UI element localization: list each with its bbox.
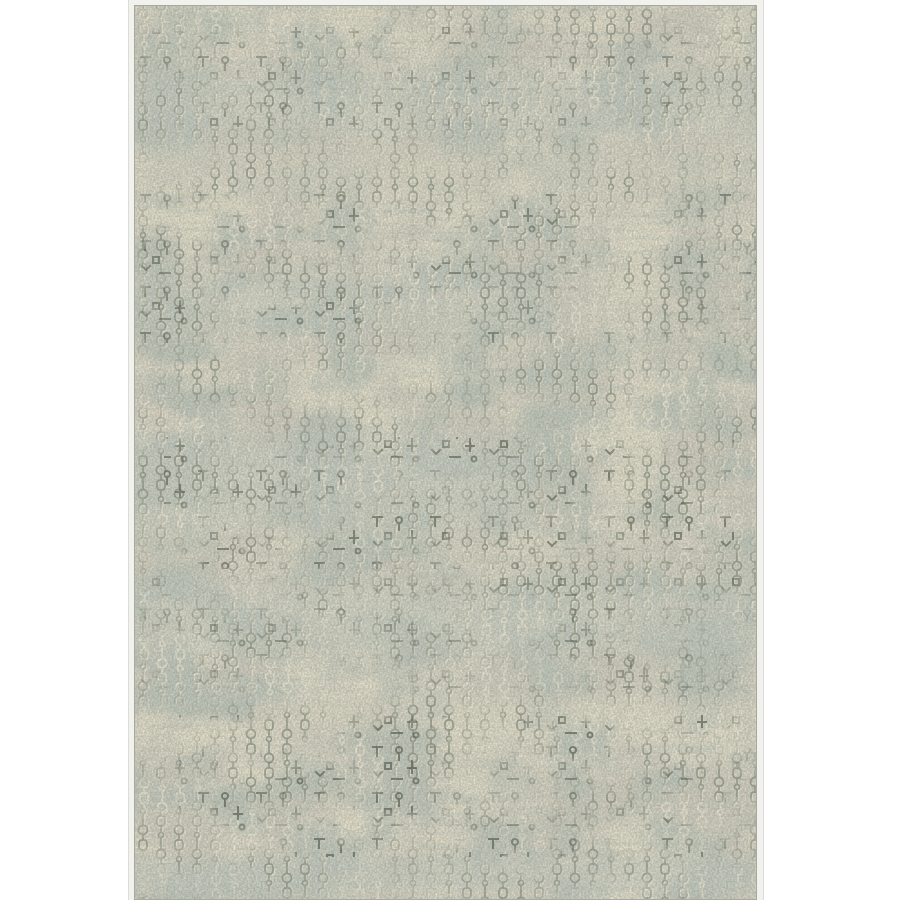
rug-image <box>134 5 757 900</box>
rug-texture-svg <box>134 5 757 900</box>
product-photo-canvas: Abstract distressed trellis area rug in … <box>0 0 900 900</box>
